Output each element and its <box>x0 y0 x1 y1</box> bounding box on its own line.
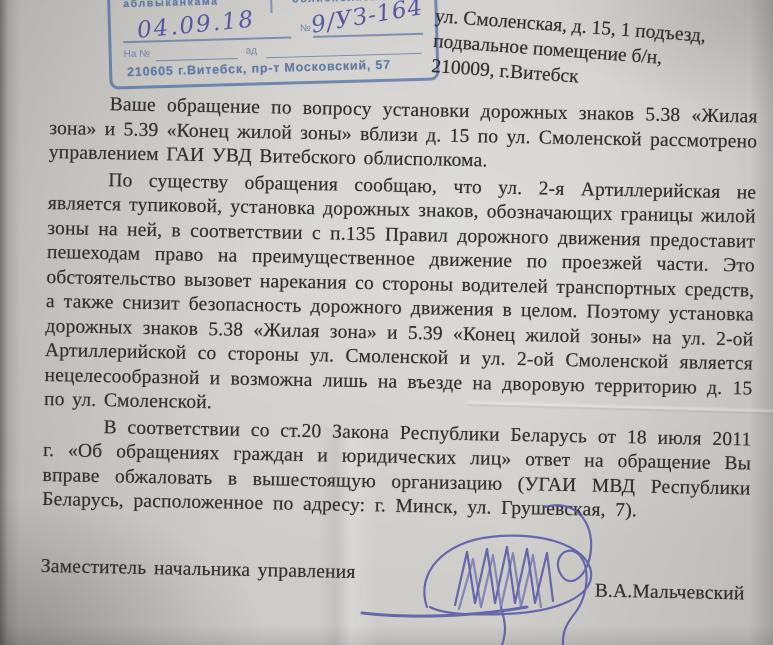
stamp-ref-underline-2 <box>266 53 422 58</box>
paragraph-intro: Ваше обращение по вопросу установки доро… <box>49 92 758 179</box>
stamp-number-label: № <box>300 23 311 34</box>
recipient-address: ул. Смоленская, д. 15, 1 подъезд, подвал… <box>431 4 748 102</box>
signature-descender <box>501 607 505 645</box>
paragraph-substance: По существу обращения сообщаю, что ул. 2… <box>44 167 757 426</box>
signer-position: Заместитель начальника управления <box>40 554 355 599</box>
registration-stamp: аблвыканкама облисполкома 04.09.18 № 9/У… <box>106 0 439 90</box>
stamp-ref-label: На № <box>124 48 151 60</box>
stamp-org-left: аблвыканкама <box>123 0 219 10</box>
signature-scribble <box>355 497 655 645</box>
stamp-ref-underline-1 <box>156 58 238 61</box>
scanned-letter: аблвыканкама облисполкома 04.09.18 № 9/У… <box>0 0 773 645</box>
signature-right-loop <box>545 505 591 645</box>
stamp-column-divider <box>270 0 273 13</box>
stamp-ref-preposition: ад <box>245 45 257 56</box>
